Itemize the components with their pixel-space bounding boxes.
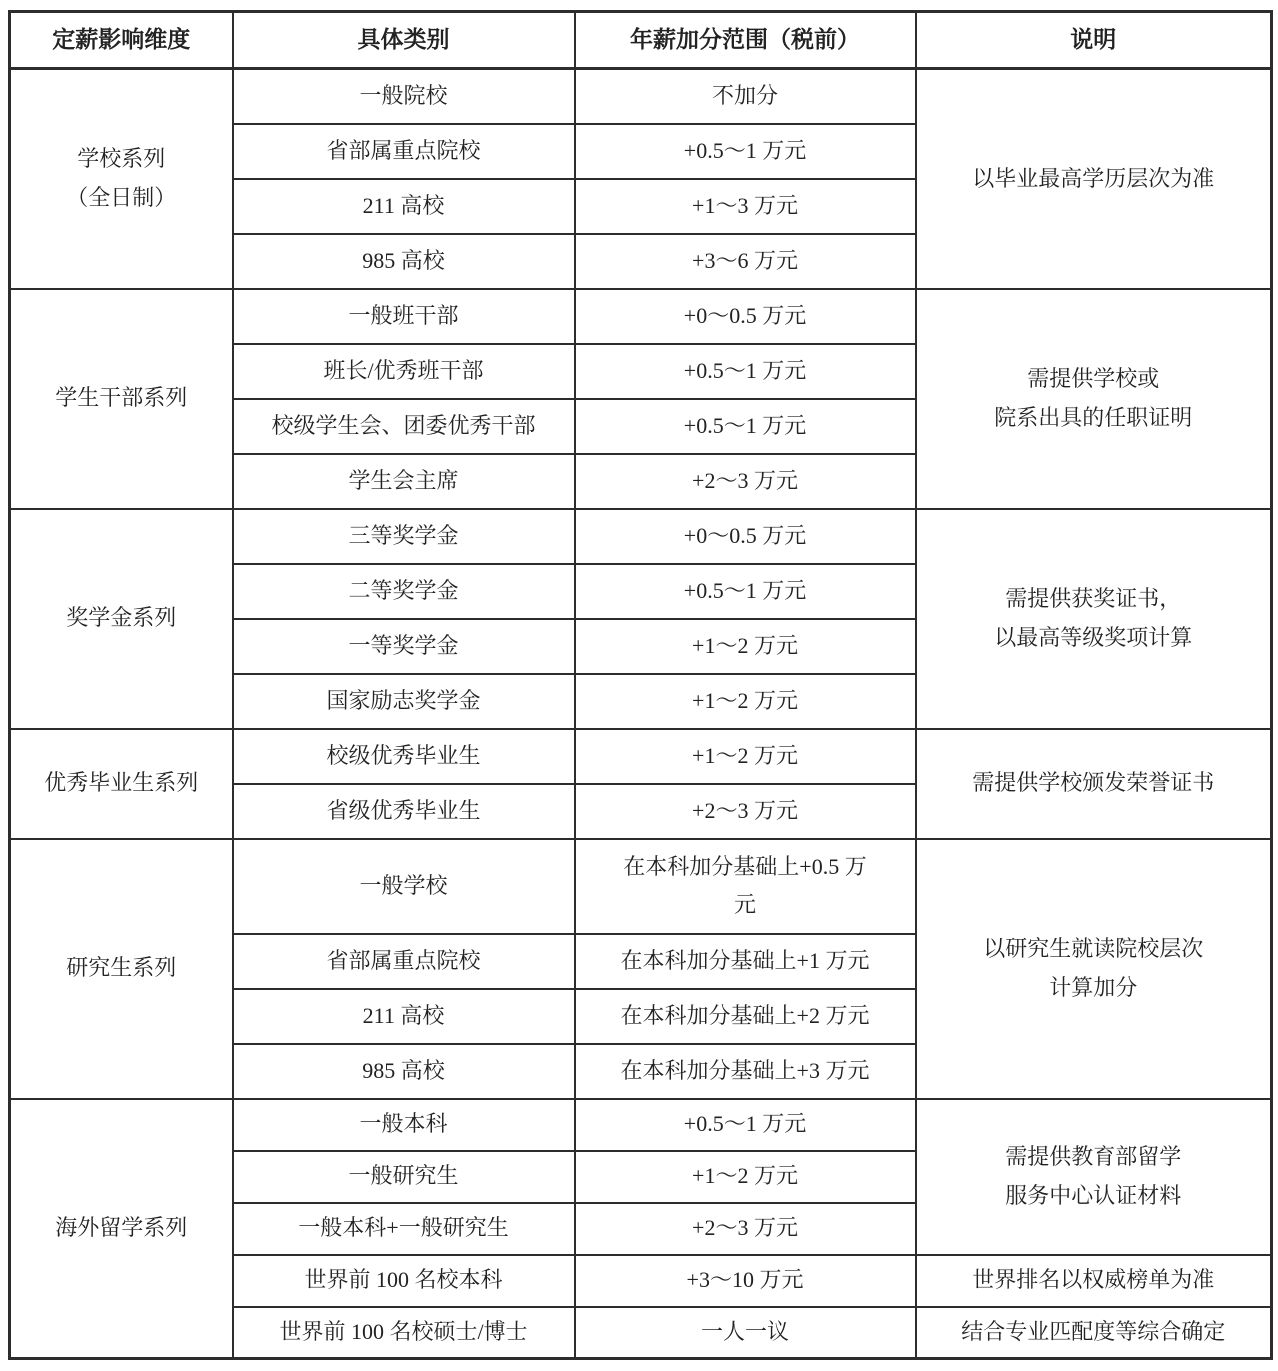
dimension-cell: 优秀毕业生系列 bbox=[10, 729, 233, 839]
bonus-cell: +2～3 万元 bbox=[575, 1203, 916, 1255]
table-row: 研究生系列 一般学校 在本科加分基础上+0.5 万元 以研究生就读院校层次 计算… bbox=[10, 839, 1272, 934]
bonus-cell: +2～3 万元 bbox=[575, 454, 916, 509]
bonus-cell: +3～6 万元 bbox=[575, 234, 916, 289]
dimension-cell: 奖学金系列 bbox=[10, 509, 233, 729]
category-cell: 985 高校 bbox=[233, 234, 575, 289]
bonus-cell: 在本科加分基础上+3 万元 bbox=[575, 1044, 916, 1099]
bonus-cell: +1～2 万元 bbox=[575, 619, 916, 674]
bonus-cell: +1～3 万元 bbox=[575, 179, 916, 234]
header-cell-category: 具体类别 bbox=[233, 12, 575, 69]
category-cell: 一般本科+一般研究生 bbox=[233, 1203, 575, 1255]
bonus-cell: 不加分 bbox=[575, 69, 916, 124]
bonus-cell: +0.5～1 万元 bbox=[575, 564, 916, 619]
category-cell: 211 高校 bbox=[233, 989, 575, 1044]
note-cell: 以毕业最高学历层次为准 bbox=[916, 69, 1272, 289]
note-cell: 以研究生就读院校层次 计算加分 bbox=[916, 839, 1272, 1099]
bonus-cell: +1～2 万元 bbox=[575, 674, 916, 729]
category-cell: 一等奖学金 bbox=[233, 619, 575, 674]
bonus-cell: +3～10 万元 bbox=[575, 1255, 916, 1307]
note-cell: 需提供学校或 院系出具的任职证明 bbox=[916, 289, 1272, 509]
bonus-cell: +0.5～1 万元 bbox=[575, 344, 916, 399]
bonus-cell: 在本科加分基础上+0.5 万元 bbox=[575, 839, 916, 934]
category-cell: 一般本科 bbox=[233, 1099, 575, 1151]
category-cell: 211 高校 bbox=[233, 179, 575, 234]
bonus-text: 在本科加分基础上+0.5 万元 bbox=[619, 848, 871, 925]
note-cell: 世界排名以权威榜单为准 bbox=[916, 1255, 1272, 1307]
category-cell: 一般班干部 bbox=[233, 289, 575, 344]
header-cell-note: 说明 bbox=[916, 12, 1272, 69]
note-cell: 需提供获奖证书， 以最高等级奖项计算 bbox=[916, 509, 1272, 729]
page: 定薪影响维度 具体类别 年薪加分范围（税前） 说明 学校系列 （全日制） 一般院… bbox=[0, 0, 1278, 1371]
note-cell: 需提供学校颁发荣誉证书 bbox=[916, 729, 1272, 839]
dimension-cell: 学校系列 （全日制） bbox=[10, 69, 233, 289]
category-cell: 国家励志奖学金 bbox=[233, 674, 575, 729]
table-row: 奖学金系列 三等奖学金 +0～0.5 万元 需提供获奖证书， 以最高等级奖项计算 bbox=[10, 509, 1272, 564]
table-row: 优秀毕业生系列 校级优秀毕业生 +1～2 万元 需提供学校颁发荣誉证书 bbox=[10, 729, 1272, 784]
salary-table: 定薪影响维度 具体类别 年薪加分范围（税前） 说明 学校系列 （全日制） 一般院… bbox=[8, 10, 1273, 1360]
category-cell: 省级优秀毕业生 bbox=[233, 784, 575, 839]
bonus-cell: 在本科加分基础上+1 万元 bbox=[575, 934, 916, 989]
bonus-cell: +0～0.5 万元 bbox=[575, 509, 916, 564]
note-cell: 结合专业匹配度等综合确定 bbox=[916, 1307, 1272, 1359]
category-cell: 三等奖学金 bbox=[233, 509, 575, 564]
bonus-cell: +1～2 万元 bbox=[575, 729, 916, 784]
bonus-cell: +0～0.5 万元 bbox=[575, 289, 916, 344]
bonus-cell: +0.5～1 万元 bbox=[575, 124, 916, 179]
category-cell: 一般研究生 bbox=[233, 1151, 575, 1203]
category-cell: 一般学校 bbox=[233, 839, 575, 934]
category-cell: 世界前 100 名校本科 bbox=[233, 1255, 575, 1307]
category-cell: 一般院校 bbox=[233, 69, 575, 124]
category-cell: 班长/优秀班干部 bbox=[233, 344, 575, 399]
dimension-cell: 研究生系列 bbox=[10, 839, 233, 1099]
bonus-cell: +0.5～1 万元 bbox=[575, 399, 916, 454]
table-row: 学生干部系列 一般班干部 +0～0.5 万元 需提供学校或 院系出具的任职证明 bbox=[10, 289, 1272, 344]
bonus-cell: 在本科加分基础上+2 万元 bbox=[575, 989, 916, 1044]
note-cell: 需提供教育部留学 服务中心认证材料 bbox=[916, 1099, 1272, 1255]
header-cell-dimension: 定薪影响维度 bbox=[10, 12, 233, 69]
category-cell: 省部属重点院校 bbox=[233, 934, 575, 989]
bonus-cell: 一人一议 bbox=[575, 1307, 916, 1359]
category-cell: 世界前 100 名校硕士/博士 bbox=[233, 1307, 575, 1359]
category-cell: 校级优秀毕业生 bbox=[233, 729, 575, 784]
bonus-cell: +1～2 万元 bbox=[575, 1151, 916, 1203]
table-row: 学校系列 （全日制） 一般院校 不加分 以毕业最高学历层次为准 bbox=[10, 69, 1272, 124]
category-cell: 校级学生会、团委优秀干部 bbox=[233, 399, 575, 454]
category-cell: 省部属重点院校 bbox=[233, 124, 575, 179]
table-header-row: 定薪影响维度 具体类别 年薪加分范围（税前） 说明 bbox=[10, 12, 1272, 69]
header-cell-bonus: 年薪加分范围（税前） bbox=[575, 12, 916, 69]
bonus-cell: +0.5～1 万元 bbox=[575, 1099, 916, 1151]
dimension-cell: 海外留学系列 bbox=[10, 1099, 233, 1359]
dimension-cell: 学生干部系列 bbox=[10, 289, 233, 509]
category-cell: 二等奖学金 bbox=[233, 564, 575, 619]
table-row: 海外留学系列 一般本科 +0.5～1 万元 需提供教育部留学 服务中心认证材料 bbox=[10, 1099, 1272, 1151]
bonus-cell: +2～3 万元 bbox=[575, 784, 916, 839]
category-cell: 985 高校 bbox=[233, 1044, 575, 1099]
category-cell: 学生会主席 bbox=[233, 454, 575, 509]
